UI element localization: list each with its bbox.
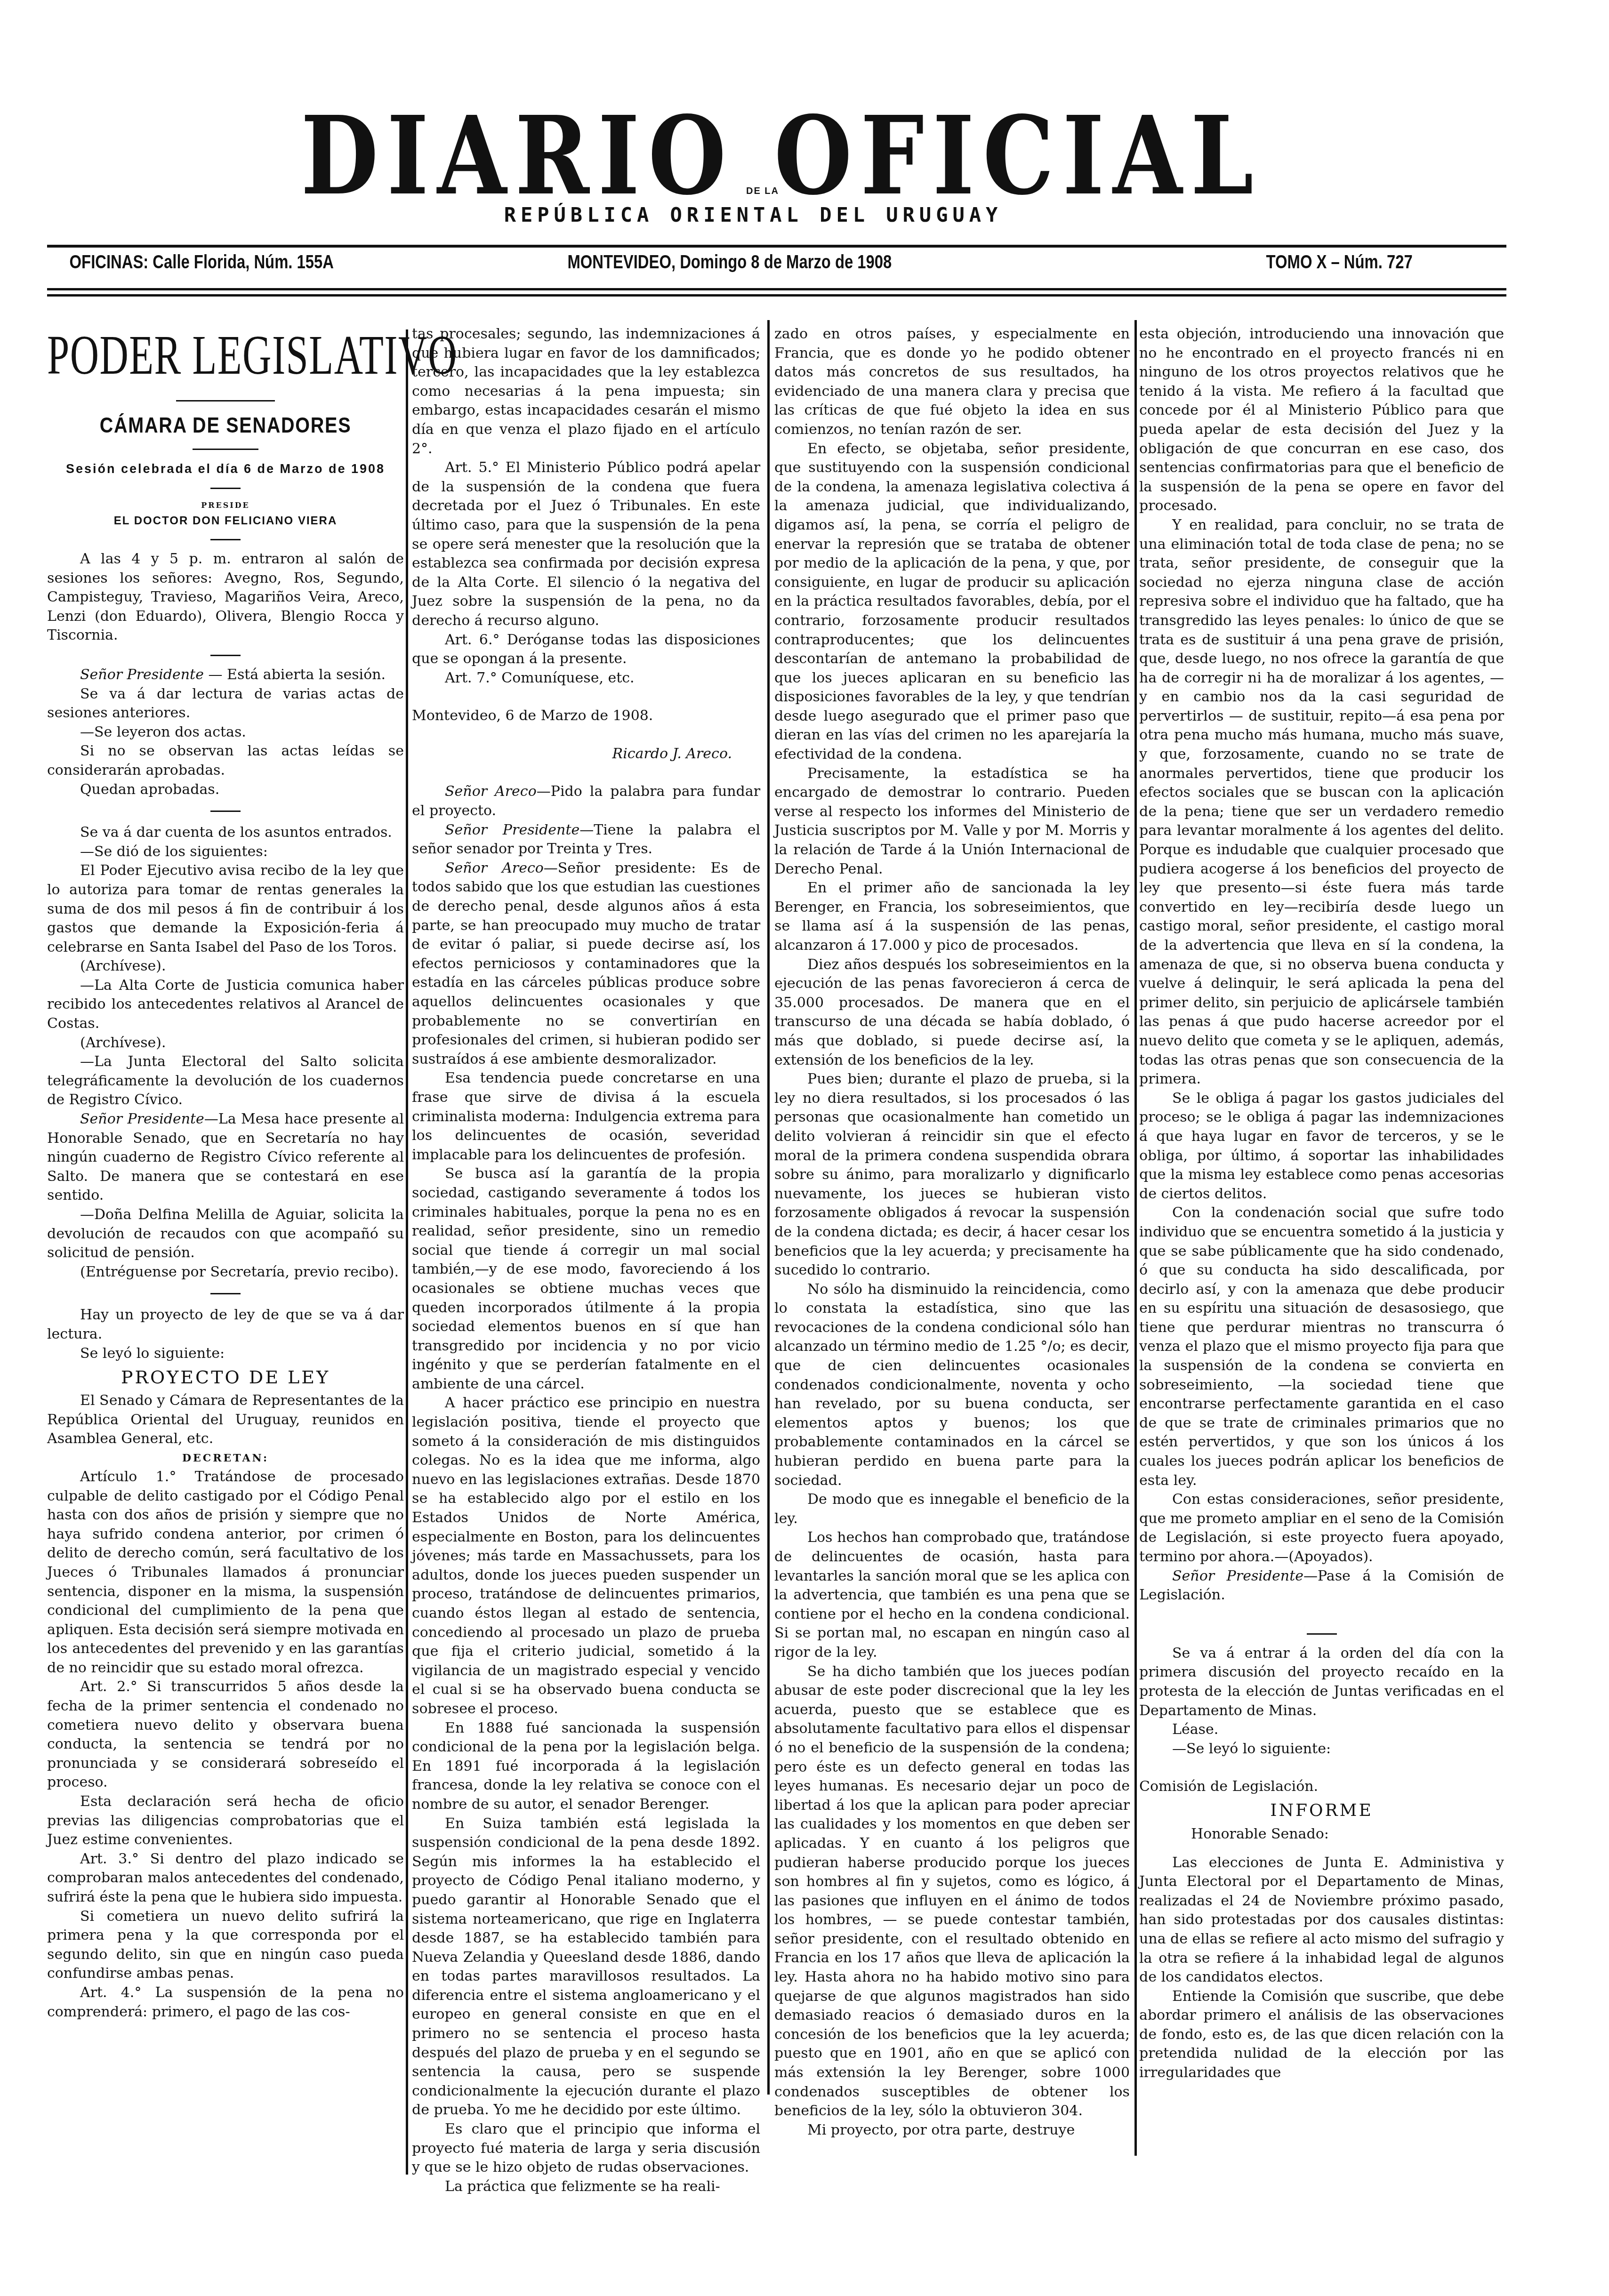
article-7: Art. 7.° Comuníquese, etc. — [412, 669, 760, 688]
paragraph: —Se leyeron dos actas. — [47, 723, 404, 742]
paragraph: tas procesales; segundo, las indemnizaci… — [412, 325, 760, 458]
paragraph: El Senado y Cámara de Representantes de … — [47, 1391, 404, 1449]
paragraph: Las elecciones de Junta E. Administiva y… — [1139, 1854, 1504, 1987]
preside-label: PRESIDE — [47, 498, 404, 513]
article-4: Art. 4.° La suspensión de la pena no com… — [47, 1983, 404, 2022]
paragraph: Señor Areco—Pido la palabra para fundar … — [412, 782, 760, 820]
paragraph: —Se dió de los siguientes: — [47, 843, 404, 862]
paragraph: Se busca así la garantía de la propia so… — [412, 1164, 760, 1394]
column-divider-2 — [767, 320, 770, 2095]
divider — [210, 655, 241, 656]
paragraph: Señor Areco—Señor presidente: Es de todo… — [412, 859, 760, 1069]
offices-address: OFICINAS: Calle Florida, Núm. 155A — [70, 252, 334, 273]
paragraph: Se va á entrar á la orden del día con la… — [1139, 1644, 1504, 1720]
paragraph: Pues bien; durante el plazo de prueba, s… — [774, 1070, 1130, 1280]
dateline: MONTEVIDEO, Domingo 8 de Marzo de 1908 — [567, 252, 892, 273]
article-1: Artículo 1.° Tratándose de procesado cul… — [47, 1468, 404, 1678]
paragraph: Señor Presidente—La Mesa hace presente a… — [47, 1110, 404, 1205]
column-divider-1 — [406, 329, 408, 2175]
top-rule — [47, 245, 1506, 248]
column-1: PODER LEGISLATIVO CÁMARA DE SENADORES Se… — [47, 325, 404, 2022]
volume-number: TOMO X – Núm. 727 — [1266, 252, 1413, 273]
session-date: Sesión celebrada el día 6 de Marzo de 19… — [47, 459, 404, 478]
paragraph: Con la condenación social que sufre todo… — [1139, 1204, 1504, 1490]
info-bar: OFICINAS: Calle Florida, Núm. 155A MONTE… — [0, 252, 1319, 280]
paragraph: Señor Presidente — Está abierta la sesió… — [47, 666, 404, 685]
paragraph: En el primer año de sancionada la ley Be… — [774, 879, 1130, 955]
paragraph: No sólo ha disminuido la reincidencia, c… — [774, 1280, 1130, 1491]
speaker: Señor Presidente — [80, 666, 204, 683]
divider — [193, 449, 258, 450]
divider — [210, 811, 241, 812]
paragraph: Y en realidad, para concluir, no se trat… — [1139, 516, 1504, 1089]
info-rule-2 — [47, 294, 1506, 297]
attendance-paragraph: A las 4 y 5 p. m. entraron al salón de s… — [47, 550, 404, 645]
speaker: Señor Presidente — [80, 1111, 204, 1127]
paragraph: Señor Presidente—Pase á la Comisión de L… — [1139, 1567, 1504, 1605]
paragraph: Hay un proyecto de ley de que se va á da… — [47, 1306, 404, 1344]
president-name: EL DOCTOR DON FELICIANO VIERA — [47, 513, 404, 530]
title-connector: DE LA — [734, 186, 791, 197]
speaker: Señor Areco — [445, 783, 537, 800]
newspaper-title: DIARIO OFICIAL — [264, 94, 1299, 218]
article-5: Art. 5.° El Ministerio Público podrá ape… — [412, 458, 760, 630]
paragraph: Esa tendencia puede concretarse en una f… — [412, 1069, 760, 1164]
paragraph: Se va á dar lectura de varias actas de s… — [47, 685, 404, 723]
speaker: Señor Areco — [445, 860, 544, 876]
paragraph: (Archívese). — [47, 957, 404, 976]
article-6: Art. 6.° Deróganse todas las disposicion… — [412, 631, 760, 669]
paragraph: Entiende la Comisión que suscribe, que d… — [1139, 1987, 1504, 2083]
column-4: esta objeción, introduciendo una innovac… — [1139, 325, 1504, 2083]
divider — [210, 488, 241, 489]
paragraph: En 1888 fué sancionada la suspensión con… — [412, 1719, 760, 1814]
paragraph: —La Junta Electoral del Salto solicita t… — [47, 1052, 404, 1110]
paragraph: (Entréguense por Secretaría, previo reci… — [47, 1263, 404, 1282]
paragraph: Señor Presidente—Tiene la palabra el señ… — [412, 821, 760, 859]
bill-heading: PROYECTO DE LEY — [47, 1363, 404, 1391]
divider — [210, 1293, 241, 1294]
paragraph: Léase. — [1139, 1720, 1504, 1740]
paragraph: Es claro que el principio que informa el… — [412, 2120, 760, 2177]
paragraph: Con estas consideraciones, señor preside… — [1139, 1490, 1504, 1566]
paragraph: Esta declaración será hecha de oficio pr… — [47, 1792, 404, 1850]
column-2: tas procesales; segundo, las indemnizaci… — [412, 325, 760, 2196]
chamber-heading: CÁMARA DE SENADORES — [72, 411, 379, 439]
paragraph: A hacer práctico ese principio en nuestr… — [412, 1394, 760, 1718]
paragraph: Si no se observan las actas leídas se co… — [47, 742, 404, 780]
paragraph: —Doña Delfina Melilla de Aguiar, solicit… — [47, 1205, 404, 1263]
paragraph: Se ha dicho también que los jueces podía… — [774, 1662, 1130, 2121]
paragraph: El Poder Ejecutivo avisa recibo de la le… — [47, 861, 404, 957]
paragraph: zado en otros países, y especialmente en… — [774, 325, 1130, 440]
report-heading: INFORME — [1139, 1797, 1504, 1825]
divider — [1307, 1633, 1337, 1635]
article-2: Art. 2.° Si transcurridos 5 años desde l… — [47, 1678, 404, 1792]
paragraph: De modo que es innegable el beneficio de… — [774, 1490, 1130, 1528]
paragraph: Se va á dar cuenta de los asuntos entrad… — [47, 823, 404, 843]
paragraph: Mi proyecto, por otra parte, destruye — [774, 2121, 1130, 2140]
newspaper-subtitle: REPÚBLICA ORIENTAL DEL URUGUAY — [424, 203, 1083, 226]
divider — [210, 539, 241, 540]
committee-name: Comisión de Legislación. — [1139, 1777, 1504, 1797]
signature: Ricardo J. Areco. — [412, 745, 760, 764]
salutation: Honorable Senado: — [1139, 1825, 1504, 1844]
paragraph: Quedan aprobadas. — [47, 780, 404, 800]
speaker: Señor Presidente — [445, 822, 579, 838]
paragraph: La práctica que felizmente se ha reali- — [412, 2177, 760, 2197]
paragraph: En efecto, se objetaba, señor presidente… — [774, 440, 1130, 764]
info-rule-1 — [47, 288, 1506, 290]
speaker: Señor Presidente — [1172, 1568, 1303, 1584]
paragraph: En Suiza también está legislada la suspe… — [412, 1814, 760, 2120]
decree-label: DECRETAN: — [47, 1449, 404, 1468]
paragraph: Si cometiera un nuevo delito sufrirá la … — [47, 1907, 404, 1983]
article-3: Art. 3.° Si dentro del plazo indicado se… — [47, 1850, 404, 1907]
paragraph: Precisamente, la estadística se ha encar… — [774, 764, 1130, 879]
paragraph: esta objeción, introduciendo una innovac… — [1139, 325, 1504, 516]
paragraph: Los hechos han comprobado que, tratándos… — [774, 1528, 1130, 1662]
column-3: zado en otros países, y especialmente en… — [774, 325, 1130, 2140]
place-date: Montevideo, 6 de Marzo de 1908. — [412, 706, 760, 726]
paragraph: Diez años después los sobreseimientos en… — [774, 955, 1130, 1070]
paragraph: —Se leyó lo siguiente: — [1139, 1740, 1504, 1759]
paragraph: —La Alta Corte de Justicia comunica habe… — [47, 976, 404, 1034]
paragraph: (Archívese). — [47, 1034, 404, 1053]
paragraph: Se leyó lo siguiente: — [47, 1344, 404, 1364]
divider — [176, 400, 275, 401]
paragraph: Se le obliga á pagar los gastos judicial… — [1139, 1089, 1504, 1204]
column-divider-3 — [1134, 320, 1137, 2156]
section-title: PODER LEGISLATIVO — [47, 325, 403, 386]
